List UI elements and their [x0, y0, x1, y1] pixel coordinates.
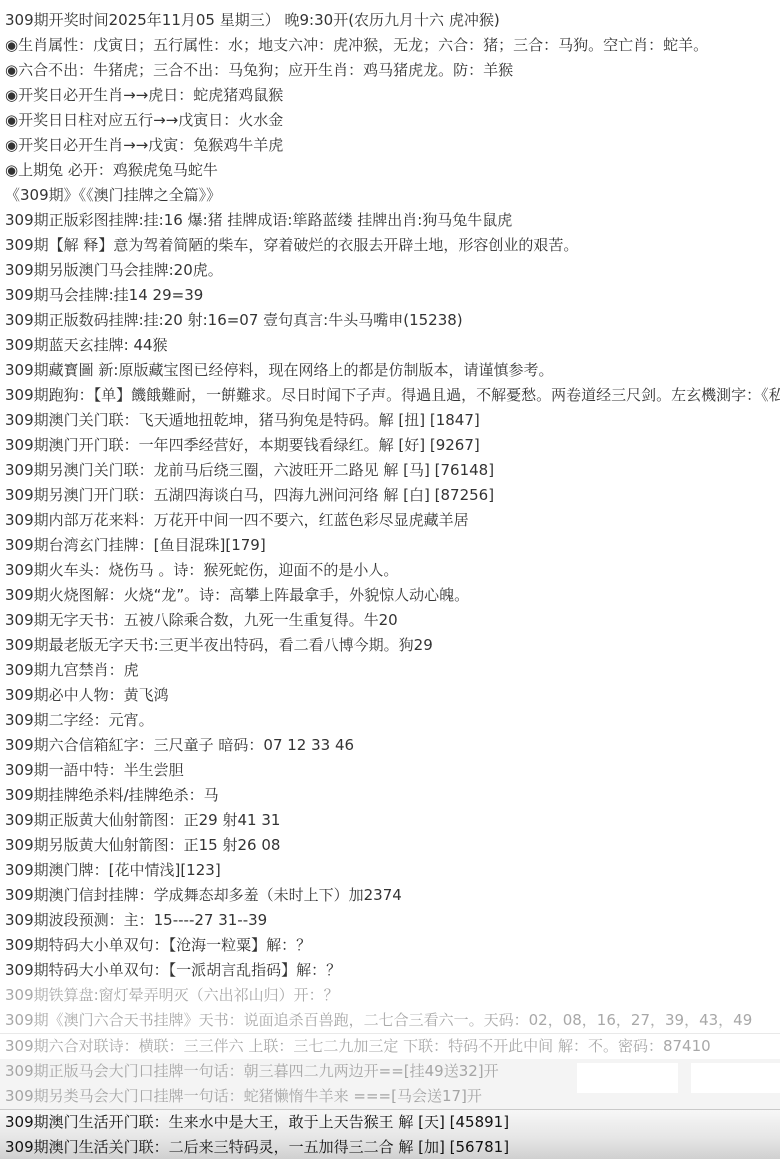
- text-line-11: 309期另版澳门马会挂牌:20虎。: [0, 258, 780, 283]
- text-line-45: 309期澳门生活开门联：生来水中是大王，敢于上天告猴王 解 [天] [45891…: [0, 1110, 780, 1135]
- text-line-39: 309期特码大小单双句：【一派胡言乱指码】解：？: [0, 958, 780, 983]
- lottery-info-page: 309期开奖时间2025年11月05 星期三） 晚9:30开(农历九月十六 虎冲…: [0, 0, 780, 1159]
- text-line-24: 309期火烧图解：火烧“龙”。诗：高攀上阵最拿手，外貌惊人动心魄。: [0, 583, 780, 608]
- text-line-3: ◉六合不出：牛猪虎；三合不出：马兔狗；应开生肖：鸡马猪虎龙。防：羊猴: [0, 58, 780, 83]
- text-line-16: 309期跑狗：【单】饑餓難耐，一餠難求。尽日时闻下子声。得過且過，不解憂愁。两卷…: [0, 383, 780, 408]
- text-line-10: 309期【解 释】意为驾着简陋的柴车，穿着破烂的衣服去开辟土地，形容创业的艰苦。: [0, 233, 780, 258]
- text-line-37: 309期波段预测：主：15----27 31--39: [0, 908, 780, 933]
- text-line-36: 309期澳门信封挂牌：学成舞态却多羞（未时上下）加2374: [0, 883, 780, 908]
- text-line-41: 309期《澳门六合天书挂牌》天书：说面追杀百兽跑，二七合三看六一。天码：02，0…: [0, 1008, 780, 1033]
- blank-overlay-box-2: [691, 1063, 780, 1093]
- text-line-22: 309期台湾玄门挂牌：[鱼目混珠][179]: [0, 533, 780, 558]
- gray-band-block: 309期正版马会大门口挂牌一句话：朝三暮四二九两边开==[挂49送32]开309…: [0, 1059, 780, 1109]
- text-line-4: ◉开奖日必开生肖→→虎日：蛇虎猪鸡鼠猴: [0, 83, 780, 108]
- text-line-7: ◉上期兔 必开：鸡猴虎兔马蛇牛: [0, 158, 780, 183]
- highlighted-bottom-block: 309期澳门生活开门联：生来水中是大王，敢于上天告猴王 解 [天] [45891…: [0, 1109, 780, 1159]
- text-line-12: 309期马会挂牌:挂14 29=39: [0, 283, 780, 308]
- blank-overlay-box-1: [577, 1063, 678, 1093]
- text-line-29: 309期二字经：元宵。: [0, 708, 780, 733]
- text-line-26: 309期最老版无字天书:三更半夜出特码，看二看八博今期。狗29: [0, 633, 780, 658]
- text-line-27: 309期九宫禁肖：虎: [0, 658, 780, 683]
- text-line-5: ◉开奖日日柱对应五行→→戊寅日：火水金: [0, 108, 780, 133]
- text-line-18: 309期澳门开门联：一年四季经营好，本期要钱看绿红。解 [好] [9267]: [0, 433, 780, 458]
- text-line-23: 309期火车头：烧伤马 。诗：猴死蛇伤，迎面不的是小人。: [0, 558, 780, 583]
- text-line-15: 309期藏寳圖 新:原版藏宝图已经停料，现在网络上的都是仿制版本，请谨慎参考。: [0, 358, 780, 383]
- text-line-14: 309期蓝天玄挂牌: 44猴: [0, 333, 780, 358]
- text-line-46: 309期澳门生活关门联：二后来三特码灵，一五加得三二合 解 [加] [56781…: [0, 1135, 780, 1159]
- text-line-42: 309期六合对联诗：横联：三三伴六 上联：三七二九加三定 下联：特码不开此中间 …: [0, 1033, 780, 1059]
- text-line-33: 309期正版黄大仙射箭图：正29 射41 31: [0, 808, 780, 833]
- text-line-31: 309期一語中特：半生尝胆: [0, 758, 780, 783]
- text-line-19: 309期另澳门关门联：龙前马后绕三圈，六波旺开二路见 解 [马] [76148]: [0, 458, 780, 483]
- text-line-17: 309期澳门关门联：飞天遁地扭乾坤，猪马狗兔是特码。解 [扭] [1847]: [0, 408, 780, 433]
- text-line-25: 309期无字天书：五被八除乘合数，九死一生重复得。牛20: [0, 608, 780, 633]
- text-line-35: 309期澳门牌：[花中情浅][123]: [0, 858, 780, 883]
- text-line-21: 309期内部万花来料：万花开中间一四不要六，红蓝色彩尽显虎藏羊居: [0, 508, 780, 533]
- text-line-28: 309期必中人物：黄飞鸿: [0, 683, 780, 708]
- text-line-6: ◉开奖日必开生肖→→戊寅：兔猴鸡牛羊虎: [0, 133, 780, 158]
- text-line-2: ◉生肖属性：戊寅日；五行属性：水；地支六冲：虎冲猴，无龙；六合：猪；三合：马狗。…: [0, 33, 780, 58]
- text-line-32: 309期挂牌绝杀料/挂牌绝杀：马: [0, 783, 780, 808]
- text-line-1: 309期开奖时间2025年11月05 星期三） 晚9:30开(农历九月十六 虎冲…: [0, 8, 780, 33]
- text-line-8: 《309期》《《澳门挂牌之全篇》》: [0, 183, 780, 208]
- text-line-34: 309期另版黄大仙射箭图：正15 射26 08: [0, 833, 780, 858]
- text-line-20: 309期另澳门开门联：五湖四海谈白马，四海九洲问河络 解 [白] [87256]: [0, 483, 780, 508]
- text-line-38: 309期特码大小单双句：【沧海一粒粟】解：？: [0, 933, 780, 958]
- text-line-40: 309期铁算盘:窗灯晕弄明灭（六出祁山归）开：？: [0, 983, 780, 1008]
- muted-text-block: 309期铁算盘:窗灯晕弄明灭（六出祁山归）开：？309期《澳门六合天书挂牌》天书…: [0, 983, 780, 1059]
- text-line-9: 309期正版彩图挂牌:挂:16 爆:猪 挂牌成语:筚路蓝缕 挂牌出肖:狗马兔牛鼠…: [0, 208, 780, 233]
- text-line-13: 309期正版数码挂牌:挂:20 射:16=07 壹句真言:牛头马嘴申(15238…: [0, 308, 780, 333]
- text-line-30: 309期六合信箱紅字：三尺童子 暗码：07 12 33 46: [0, 733, 780, 758]
- main-text-block: 309期开奖时间2025年11月05 星期三） 晚9:30开(农历九月十六 虎冲…: [0, 0, 780, 983]
